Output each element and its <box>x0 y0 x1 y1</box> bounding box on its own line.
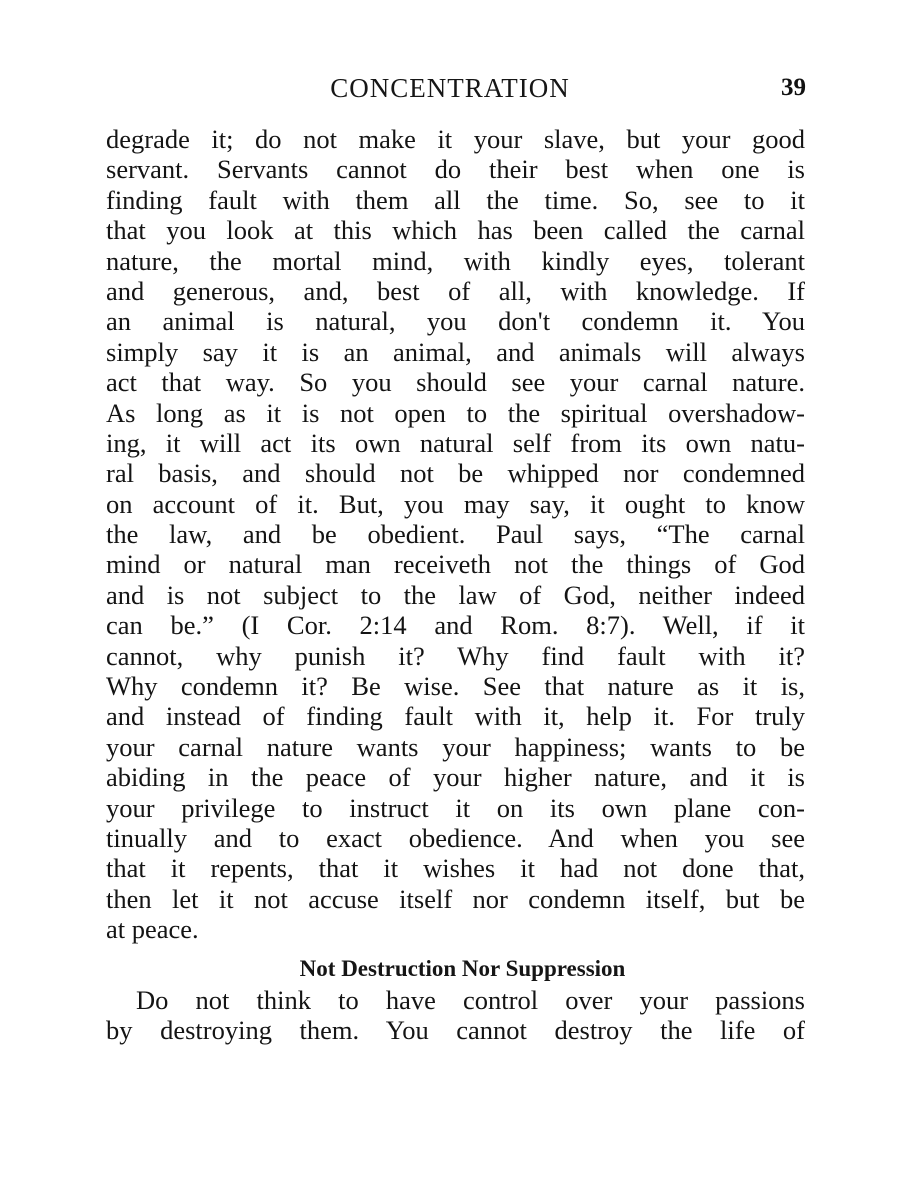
text-line: can be.” (I Cor. 2:14 and Rom. 8:7). Wel… <box>106 610 805 640</box>
text-line: ral basis, and should not be whipped nor… <box>106 458 805 488</box>
text-line: the law, and be obedient. Paul says, “Th… <box>106 519 805 549</box>
paragraph-2: Do not think to have control over your p… <box>106 985 805 1046</box>
text-line: Why condemn it? Be wise. See that nature… <box>106 671 805 701</box>
text-line: that it repents, that it wishes it had n… <box>106 853 805 883</box>
text-line: your carnal nature wants your happiness;… <box>106 732 805 762</box>
text-line: that you look at this which has been cal… <box>106 215 805 245</box>
text-line: As long as it is not open to the spiritu… <box>106 398 805 428</box>
text-line: simply say it is an animal, and animals … <box>106 337 805 367</box>
text-line: tinually and to exact obedience. And whe… <box>106 823 805 853</box>
text-line: on account of it. But, you may say, it o… <box>106 489 805 519</box>
text-line: an animal is natural, you don't condemn … <box>106 306 805 336</box>
text-line: your privilege to instruct it on its own… <box>106 793 805 823</box>
text-line: then let it not accuse itself nor condem… <box>106 884 805 914</box>
running-title: CONCENTRATION <box>94 68 806 108</box>
text-line: ing, it will act its own natural self fr… <box>106 428 805 458</box>
text-line: and is not subject to the law of God, ne… <box>106 580 805 610</box>
paragraph-1: degrade it; do not make it your slave, b… <box>106 124 805 945</box>
book-page: CONCENTRATION 39 degrade it; do not make… <box>0 0 912 1204</box>
page-number: 39 <box>781 68 806 108</box>
text-line: by destroying them. You cannot destroy t… <box>106 1015 805 1045</box>
text-line: servant. Servants cannot do their best w… <box>106 154 805 184</box>
body-text: degrade it; do not make it your slave, b… <box>106 124 805 1045</box>
text-line: at peace. <box>106 914 805 944</box>
text-line: act that way. So you should see your car… <box>106 367 805 397</box>
text-line: abiding in the peace of your higher natu… <box>106 762 805 792</box>
section-heading: Not Destruction Nor Suppression <box>106 949 805 985</box>
text-line: mind or natural man receiveth not the th… <box>106 549 805 579</box>
text-line: degrade it; do not make it your slave, b… <box>106 124 805 154</box>
text-line: nature, the mortal mind, with kindly eye… <box>106 246 805 276</box>
text-line: and instead of finding fault with it, he… <box>106 701 805 731</box>
text-line: and generous, and, best of all, with kno… <box>106 276 805 306</box>
text-line: Do not think to have control over your p… <box>106 985 805 1015</box>
running-head: CONCENTRATION 39 <box>104 68 806 108</box>
text-line: cannot, why punish it? Why find fault wi… <box>106 641 805 671</box>
text-line: finding fault with them all the time. So… <box>106 185 805 215</box>
